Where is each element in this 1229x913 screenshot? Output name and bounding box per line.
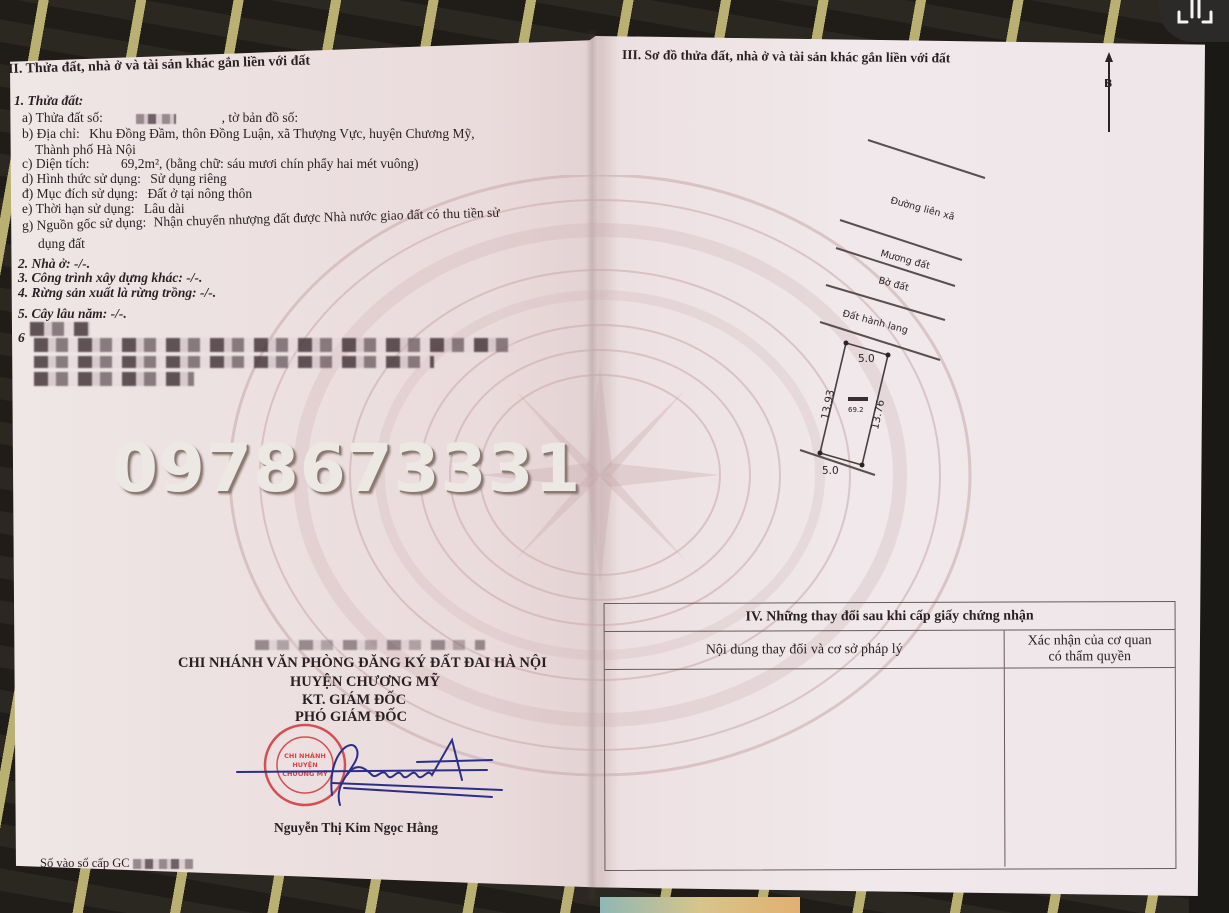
- svg-text:Mương đất: Mương đất: [879, 248, 931, 272]
- parcel-diagram: Đường liên xã Mương đất Bờ đất Đất hành …: [780, 60, 1040, 490]
- redacted-note-2: [34, 338, 514, 352]
- usage-purpose-row: đ) Mục đích sử dụng: Đất ở tại nông thôn: [22, 186, 252, 202]
- usage-origin-label: g) Nguồn gốc sử dụng:: [22, 215, 147, 233]
- north-arrow: B: [1100, 52, 1120, 137]
- address-value: Khu Đồng Đầm, thôn Đồng Luận, xã Thượng …: [89, 126, 475, 141]
- parcel-number-row: a) Thửa đất số: , tờ bản đồ số:: [22, 110, 298, 126]
- redacted-note-1: [30, 322, 90, 336]
- usage-form-row: d) Hình thức sử dụng: Sử dụng riêng: [22, 171, 227, 187]
- usage-term-label: e) Thời hạn sử dụng:: [22, 201, 134, 216]
- area-row: c) Diện tích: 69,2m², (bằng chữ: sáu mươ…: [22, 156, 419, 172]
- item-6-number: 6: [18, 330, 25, 346]
- svg-text:Bờ đất: Bờ đất: [877, 275, 910, 294]
- changes-col-confirmation-line2: có thẩm quyền: [1005, 649, 1175, 666]
- cert-entry-label: Số vào sổ cấp GC: [40, 856, 130, 870]
- changes-content-cell: [605, 669, 1006, 868]
- area-value: 69,2m², (bằng chữ: sáu mươi chín phẩy ha…: [121, 156, 419, 171]
- map-sheet-label: , tờ bản đồ số:: [222, 110, 299, 125]
- changes-table-header-row: Nội dung thay đổi và cơ sở pháp lý Xác n…: [605, 630, 1175, 670]
- redacted-note-4: [34, 372, 194, 386]
- svg-text:13.93: 13.93: [819, 389, 837, 421]
- parcel-number-redacted: [136, 114, 176, 124]
- item-3-other-construction: 3. Công trình xây dựng khác: -/-.: [18, 270, 202, 286]
- address-row: b) Địa chỉ: Khu Đồng Đầm, thôn Đồng Luận…: [22, 126, 475, 142]
- cert-entry-redacted: [133, 859, 193, 869]
- text-scan-icon: [1159, 0, 1229, 42]
- changes-table-body: [605, 668, 1176, 868]
- item-4-planted-forest: 4. Rừng sản xuất là rừng trồng: -/-.: [18, 285, 216, 301]
- office-name-line1: CHI NHÁNH VĂN PHÒNG ĐĂNG KÝ ĐẤT ĐAI HÀ N…: [178, 655, 547, 671]
- phone-number-overlay: 0978673331: [112, 430, 581, 507]
- usage-purpose-value: Đất ở tại nông thôn: [147, 186, 252, 201]
- signature: [232, 735, 512, 810]
- ocr-scan-button[interactable]: [1159, 0, 1229, 42]
- area-label: c) Diện tích:: [22, 156, 89, 171]
- background-banknote: [600, 897, 800, 913]
- page-fold: [586, 30, 598, 900]
- changes-table-title: IV. Những thay đổi sau khi cấp giấy chứn…: [605, 602, 1175, 632]
- parcel-number-label: a) Thửa đất số:: [22, 110, 103, 125]
- svg-text:69.2: 69.2: [848, 406, 864, 414]
- usage-form-label: d) Hình thức sử dụng:: [22, 171, 141, 186]
- svg-text:Đường liên xã: Đường liên xã: [889, 195, 955, 223]
- item-5-perennial-trees: 5. Cây lâu năm: -/-.: [18, 306, 127, 322]
- usage-purpose-label: đ) Mục đích sử dụng:: [22, 186, 138, 201]
- redacted-note-3: [34, 356, 434, 368]
- item-1-title: 1. Thửa đất:: [14, 93, 83, 109]
- cert-entry-row: Số vào sổ cấp GC: [40, 855, 193, 871]
- usage-origin-value-cont: dụng đất: [38, 236, 85, 252]
- changes-col-confirmation-line1: Xác nhận của cơ quan: [1005, 633, 1175, 650]
- office-name-line2: HUYỆN CHƯƠNG MỸ: [290, 674, 440, 690]
- changes-col-confirmation: Xác nhận của cơ quan có thẩm quyền: [1005, 630, 1175, 668]
- office-title-line3: KT. GIÁM ĐỐC: [302, 692, 406, 708]
- address-label: b) Địa chỉ:: [22, 126, 80, 141]
- svg-text:13.76: 13.76: [869, 398, 887, 430]
- redacted-place-date: [255, 640, 485, 650]
- svg-text:5.0: 5.0: [858, 353, 875, 365]
- usage-form-value: Sử dụng riêng: [150, 171, 226, 186]
- changes-table: IV. Những thay đổi sau khi cấp giấy chứn…: [604, 601, 1177, 871]
- svg-text:5.0: 5.0: [822, 465, 839, 477]
- changes-col-content: Nội dung thay đổi và cơ sở pháp lý: [605, 631, 1005, 669]
- signer-name: Nguyễn Thị Kim Ngọc Hằng: [274, 820, 438, 836]
- svg-text:B: B: [1104, 77, 1112, 90]
